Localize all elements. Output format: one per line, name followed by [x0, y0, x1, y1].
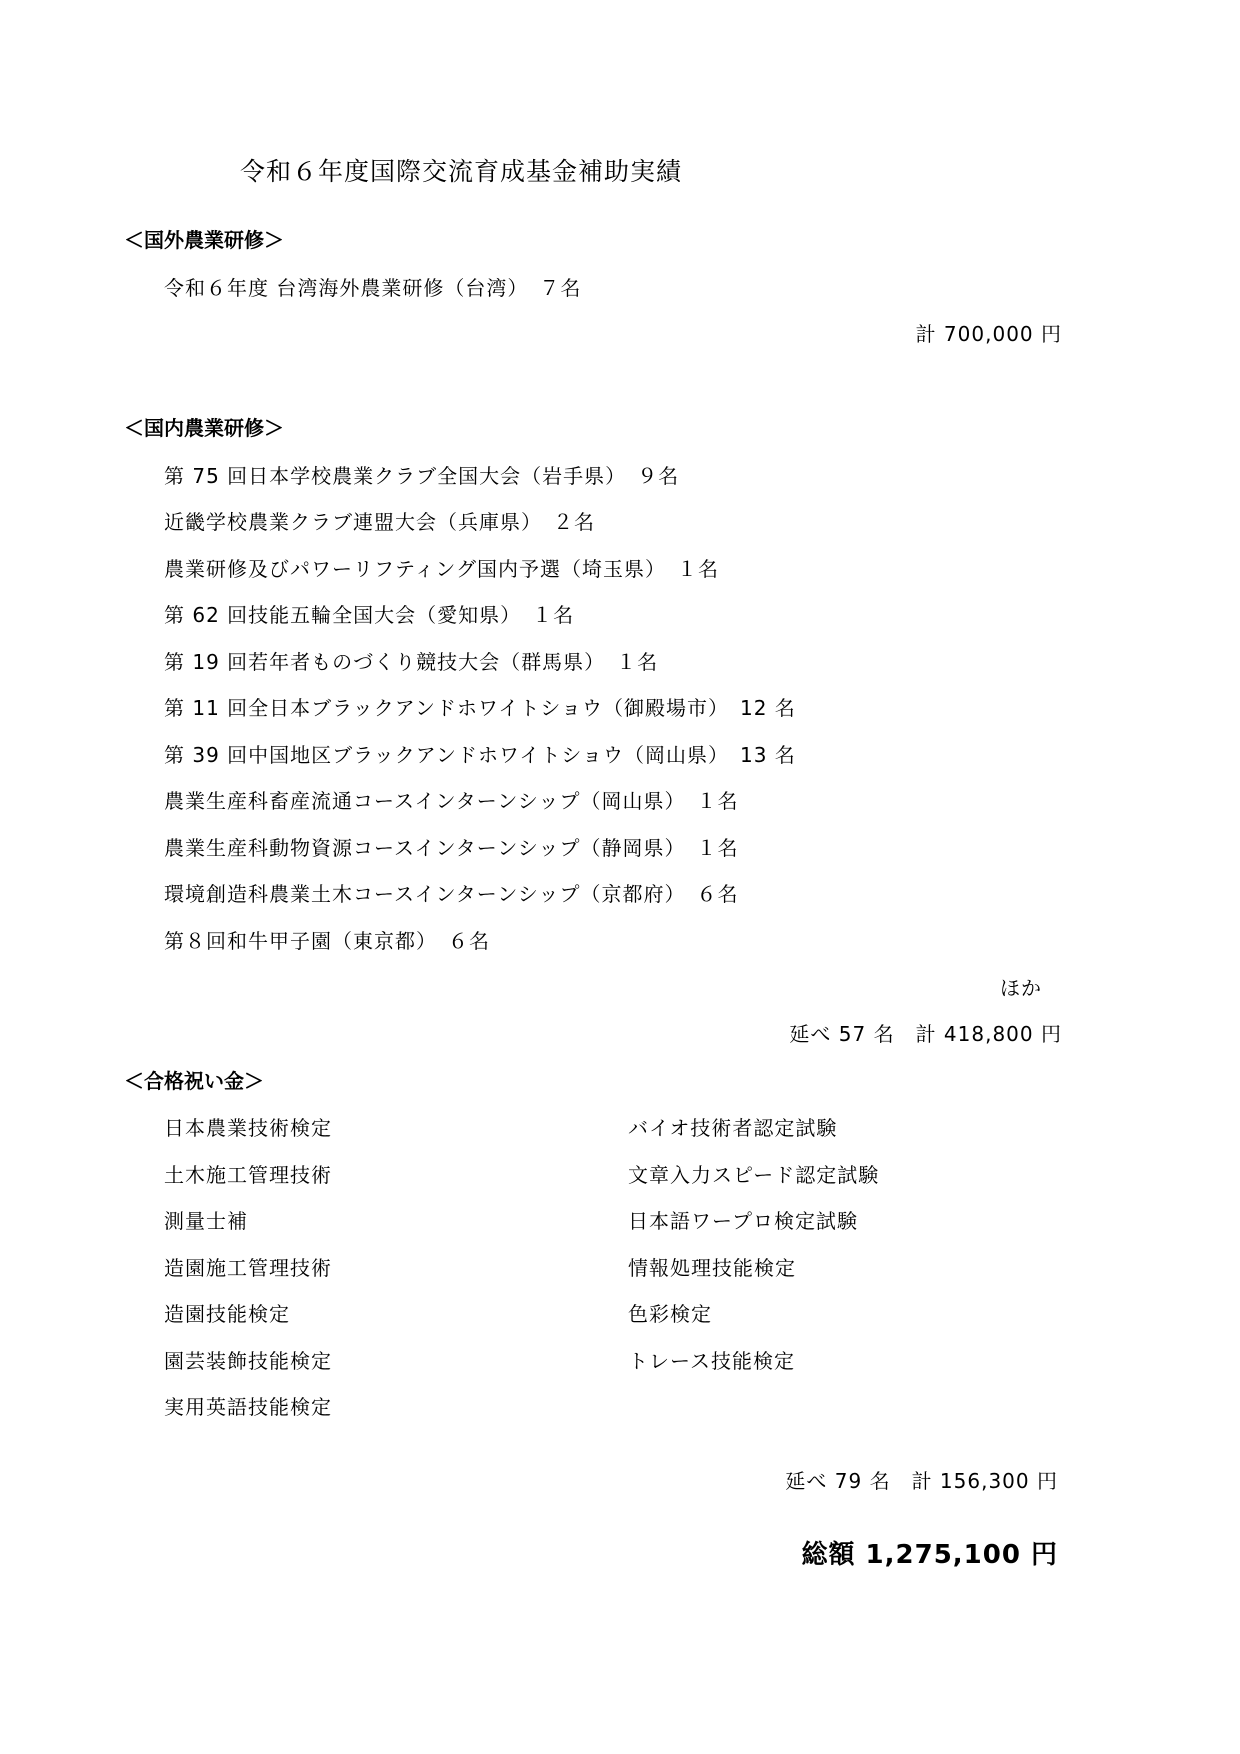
domestic-item: 農業研修及びパワーリフティング国内予選（埼玉県） １名 [164, 553, 719, 582]
section-heading-certification: ＜合格祝い金＞ [124, 1065, 264, 1094]
domestic-item: 第 75 回日本学校農業クラブ全国大会（岩手県） ９名 [164, 460, 679, 489]
certification-item: トレース技能検定 [628, 1345, 795, 1374]
overseas-total: 計 700,000 円 [916, 318, 1062, 347]
certification-item: 園芸装飾技能検定 [164, 1345, 332, 1374]
certification-item: 文章入力スピード認定試験 [628, 1159, 879, 1188]
certification-item: 実用英語技能検定 [164, 1391, 332, 1420]
overseas-item: 令和６年度 台湾海外農業研修（台湾） ７名 [164, 272, 581, 301]
domestic-item: 農業生産科畜産流通コースインターンシップ（岡山県） １名 [164, 785, 739, 814]
domestic-item: 第８回和牛甲子園（東京都） ６名 [164, 925, 490, 954]
domestic-others-note: ほか [1000, 972, 1042, 1001]
domestic-item: 第 62 回技能五輪全国大会（愛知県） １名 [164, 599, 574, 628]
certification-item: 日本農業技術検定 [164, 1112, 332, 1141]
domestic-item: 第 39 回中国地区ブラックアンドホワイトショウ（岡山県） 13 名 [164, 739, 796, 768]
domestic-item: 環境創造科農業土木コースインターンシップ（京都府） ６名 [164, 878, 739, 907]
section-heading-domestic: ＜国内農業研修＞ [124, 412, 284, 441]
domestic-item: 第 11 回全日本ブラックアンドホワイトショウ（御殿場市） 12 名 [164, 692, 796, 721]
certification-total: 延べ 79 名 計 156,300 円 [785, 1465, 1058, 1494]
certification-item: 日本語ワープロ検定試験 [628, 1205, 858, 1234]
certification-item: 造園施工管理技術 [164, 1252, 332, 1281]
document-title: 令和６年度国際交流育成基金補助実績 [240, 152, 682, 188]
certification-item: 造園技能検定 [164, 1298, 290, 1327]
certification-item: バイオ技術者認定試験 [628, 1112, 837, 1141]
certification-item: 測量士補 [164, 1205, 248, 1234]
certification-item: 情報処理技能検定 [628, 1252, 796, 1281]
section-heading-overseas: ＜国外農業研修＞ [124, 224, 284, 253]
certification-item: 土木施工管理技術 [164, 1159, 332, 1188]
document-page: 令和６年度国際交流育成基金補助実績 ＜国外農業研修＞ 令和６年度 台湾海外農業研… [0, 0, 1240, 1754]
certification-item: 色彩検定 [628, 1298, 712, 1327]
domestic-item: 農業生産科動物資源コースインターンシップ（静岡県） １名 [164, 832, 739, 861]
domestic-item: 第 19 回若年者ものづくり競技大会（群馬県） １名 [164, 646, 658, 675]
domestic-total: 延べ 57 名 計 418,800 円 [789, 1018, 1062, 1047]
grand-total: 総額 1,275,100 円 [802, 1534, 1059, 1571]
domestic-item: 近畿学校農業クラブ連盟大会（兵庫県） ２名 [164, 506, 595, 535]
